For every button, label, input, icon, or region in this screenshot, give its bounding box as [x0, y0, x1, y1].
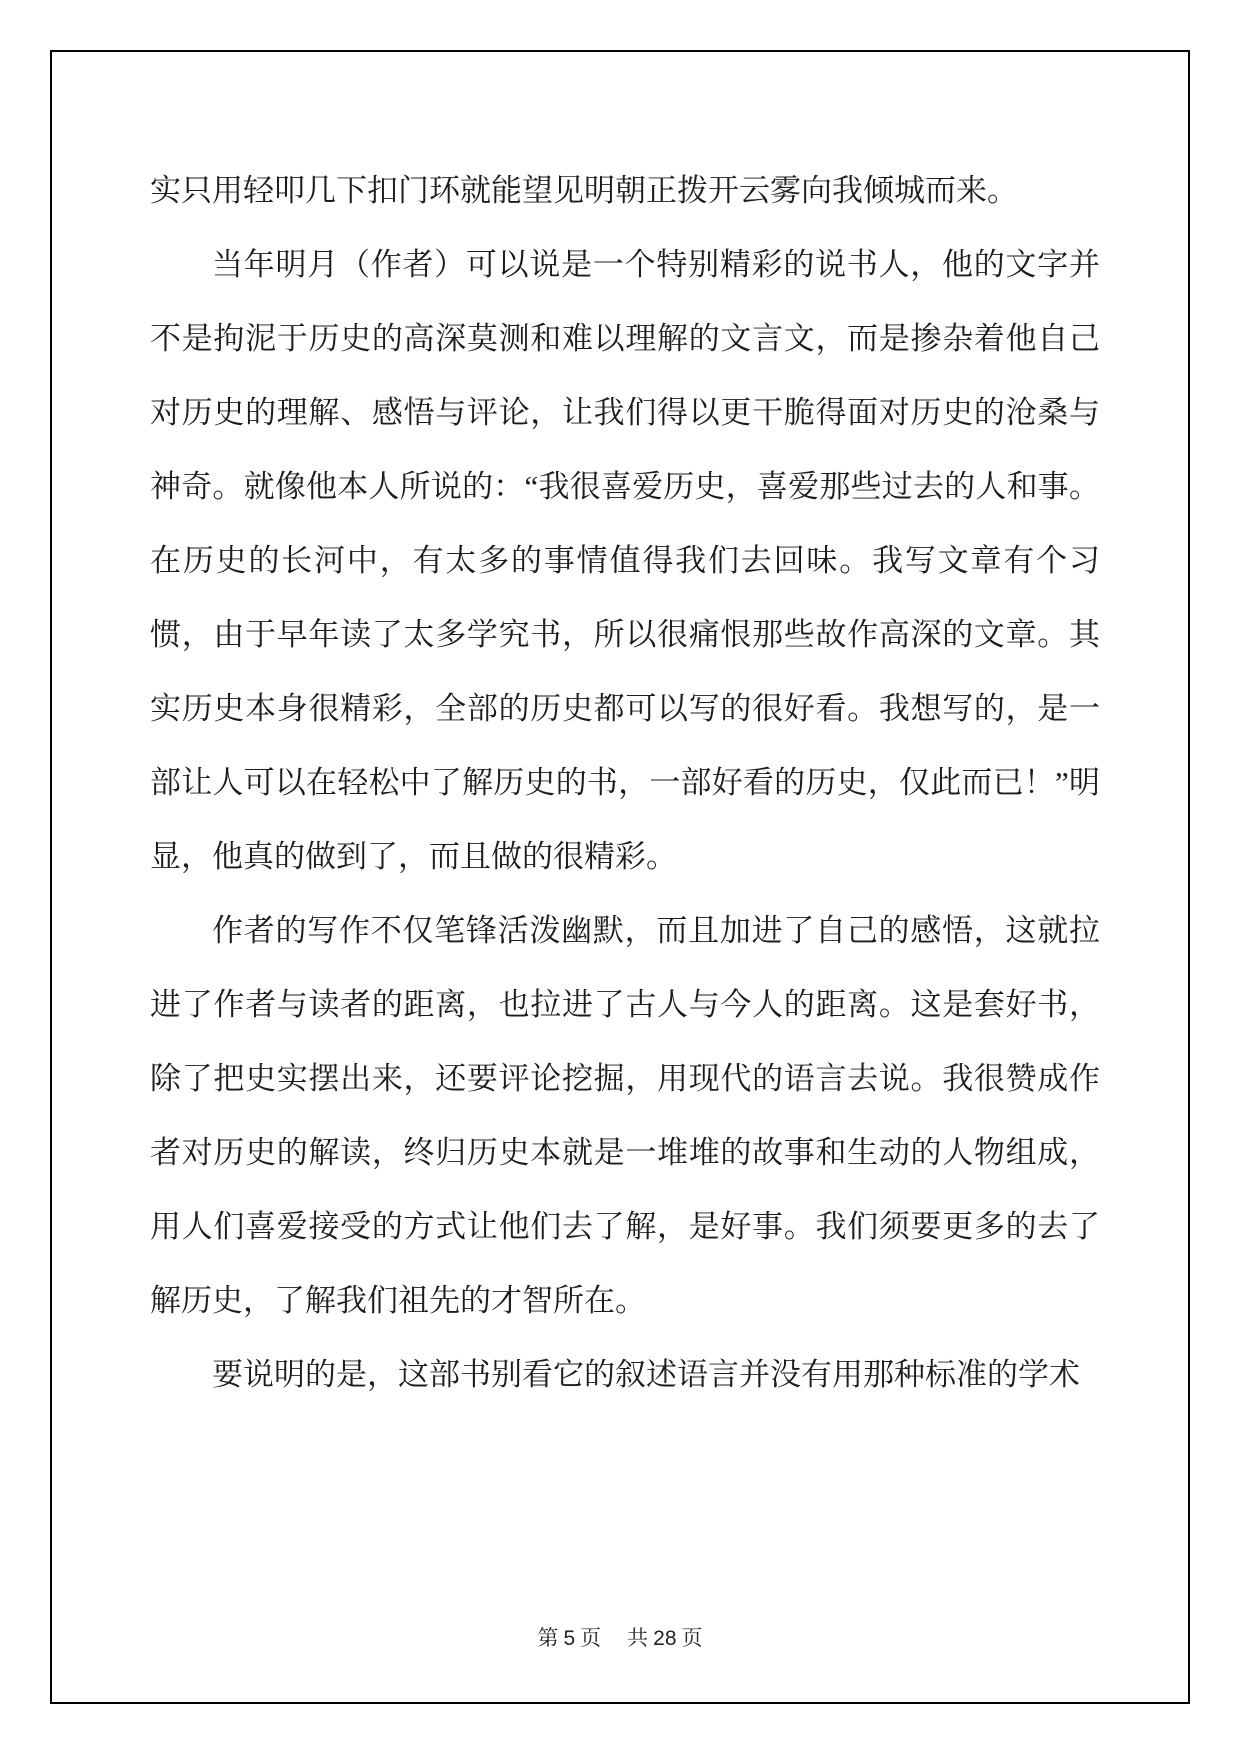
document-body: 实只用轻叩几下扣门环就能望见明朝正拨开云雾向我倾城而来。 当年明月（作者）可以说… [150, 154, 1100, 1412]
footer-current-page-number: 5 [563, 1627, 575, 1650]
footer-page-prefix: 第 [537, 1626, 558, 1650]
paragraph-closing-note: 要说明的是，这部书别看它的叙述语言并没有用那种标准的学术 [150, 1338, 1100, 1412]
document-page: 实只用轻叩几下扣门环就能望见明朝正拨开云雾向我倾城而来。 当年明月（作者）可以说… [0, 0, 1241, 1754]
footer-total-unit: 页 [682, 1626, 703, 1650]
paragraph-author-intro: 当年明月（作者）可以说是一个特别精彩的说书人，他的文字并不是拘泥于历史的高深莫测… [150, 228, 1100, 894]
footer-total-prefix: 共 [627, 1626, 648, 1650]
page-footer: 第5页共28页 [50, 1624, 1190, 1653]
paragraph-continuation: 实只用轻叩几下扣门环就能望见明朝正拨开云雾向我倾城而来。 [150, 154, 1100, 228]
footer-page-unit: 页 [580, 1626, 601, 1650]
footer-total-pages-number: 28 [653, 1627, 676, 1650]
paragraph-writing-style: 作者的写作不仅笔锋活泼幽默，而且加进了自己的感悟，这就拉进了作者与读者的距离，也… [150, 894, 1100, 1338]
